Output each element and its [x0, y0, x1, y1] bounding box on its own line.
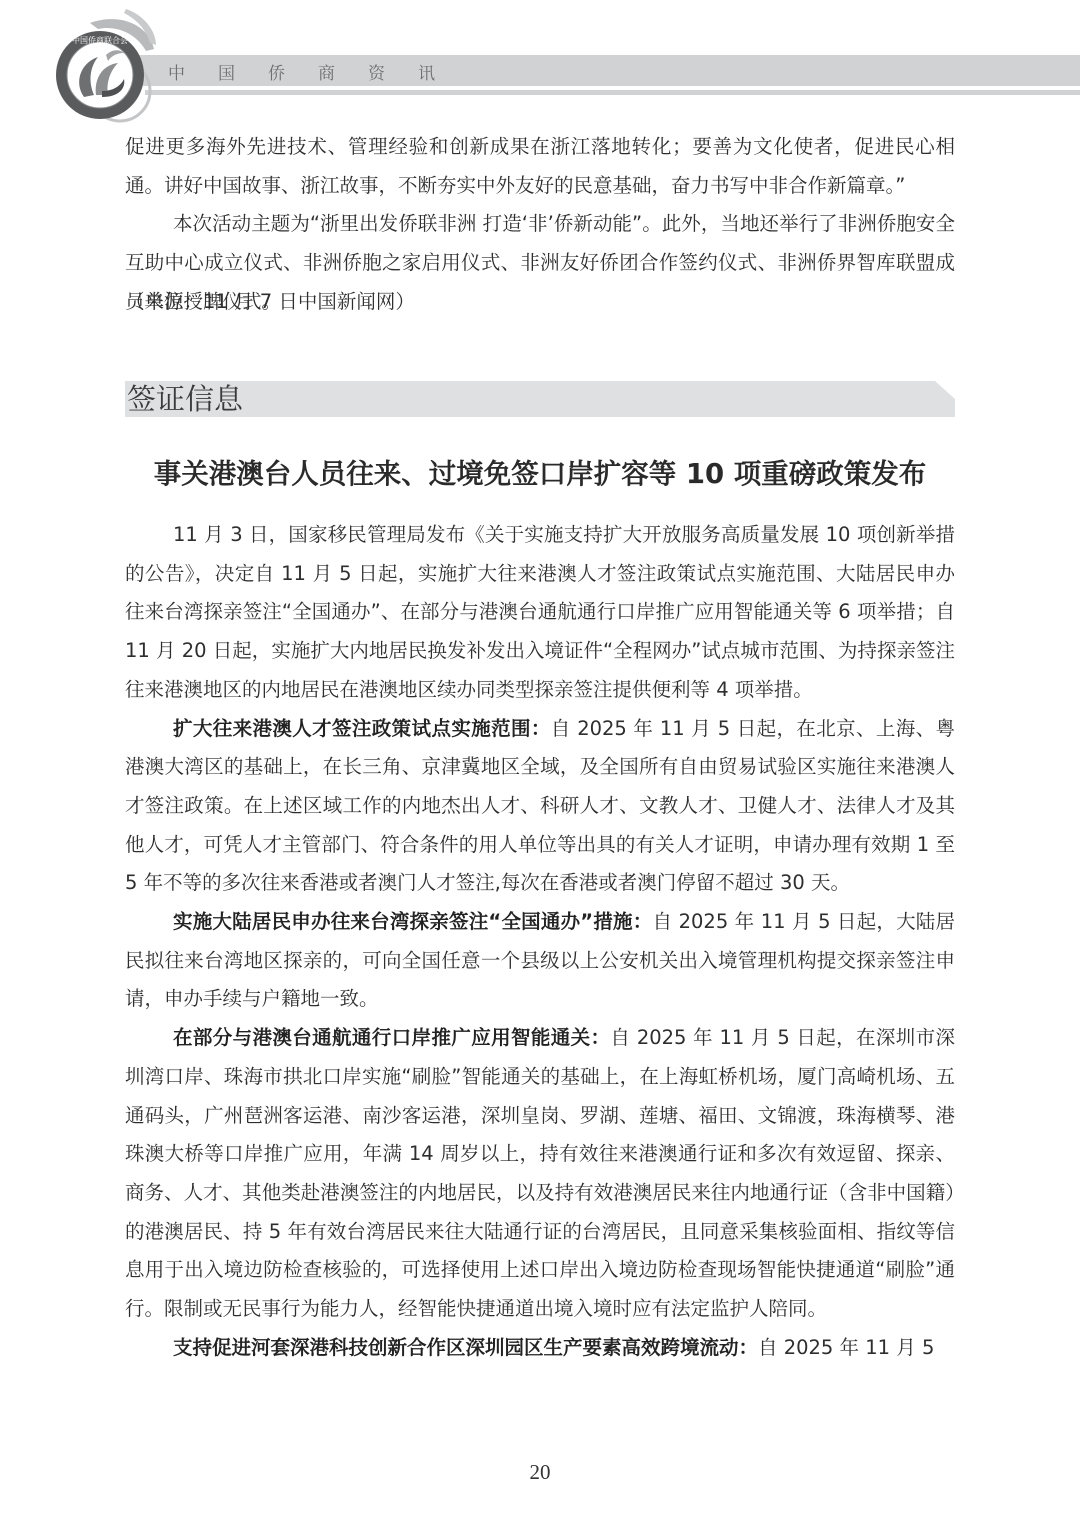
policy-heading: 实施大陆居民申办往来台湾探亲签注“全国通办”措施：: [173, 910, 652, 933]
policy-body: 自 2025 年 11 月 5: [758, 1336, 934, 1359]
section-header: 签证信息: [125, 381, 955, 417]
page-number: 20: [0, 1460, 1080, 1485]
policy-heading: 支持促进河套深港科技创新合作区深圳园区生产要素高效跨境流动：: [173, 1336, 758, 1359]
policy-item: 实施大陆居民申办往来台湾探亲签注“全国通办”措施：自 2025 年 11 月 5…: [125, 903, 955, 1019]
article-body: 11 月 3 日，国家移民管理局发布《关于实施支持扩大开放服务高质量发展 10 …: [125, 516, 955, 1367]
paragraph: 促进更多海外先进技术、管理经验和创新成果在浙江落地转化；要善为文化使者，促进民心…: [125, 128, 955, 205]
publication-title: 中 国 侨 商 资 讯: [168, 58, 468, 84]
policy-item: 支持促进河套深港科技创新合作区深圳园区生产要素高效跨境流动：自 2025 年 1…: [125, 1329, 955, 1368]
policy-heading: 在部分与港澳台通航通行口岸推广应用智能通关：: [173, 1026, 610, 1049]
organization-emblem-icon: 中国侨商联合会: [40, 5, 160, 125]
publication-title-char: 中: [168, 59, 218, 84]
section-band: [125, 381, 955, 417]
policy-item: 在部分与港澳台通航通行口岸推广应用智能通关：自 2025 年 11 月 5 日起…: [125, 1019, 955, 1329]
publication-title-char: 讯: [418, 59, 468, 84]
emblem-ring-text: 中国侨商联合会: [72, 35, 128, 45]
policy-body: 自 2025 年 11 月 5 日起，在深圳市深圳湾口岸、珠海市拱北口岸实施“刷…: [125, 1026, 955, 1320]
publication-title-char: 侨: [268, 59, 318, 84]
section-label: 签证信息: [127, 380, 243, 418]
publication-title-char: 商: [318, 59, 368, 84]
previous-article: 促进更多海外先进技术、管理经验和创新成果在浙江落地转化；要善为文化使者，促进民心…: [125, 128, 955, 322]
publication-title-char: 国: [218, 59, 268, 84]
source-citation: （来源：11 月 7 日中国新闻网）: [125, 283, 955, 322]
article-title: 事关港澳台人员往来、过境免签口岸扩容等 10 项重磅政策发布: [125, 452, 955, 496]
policy-item: 扩大往来港澳人才签注政策试点实施范围：自 2025 年 11 月 5 日起，在北…: [125, 710, 955, 904]
policy-heading: 扩大往来港澳人才签注政策试点实施范围：: [173, 717, 551, 740]
publication-title-char: 资: [368, 59, 418, 84]
policy-body: 自 2025 年 11 月 5 日起，在北京、上海、粤港澳大湾区的基础上，在长三…: [125, 717, 955, 895]
intro-paragraph: 11 月 3 日，国家移民管理局发布《关于实施支持扩大开放服务高质量发展 10 …: [125, 516, 955, 710]
header-rule: [145, 90, 1080, 95]
